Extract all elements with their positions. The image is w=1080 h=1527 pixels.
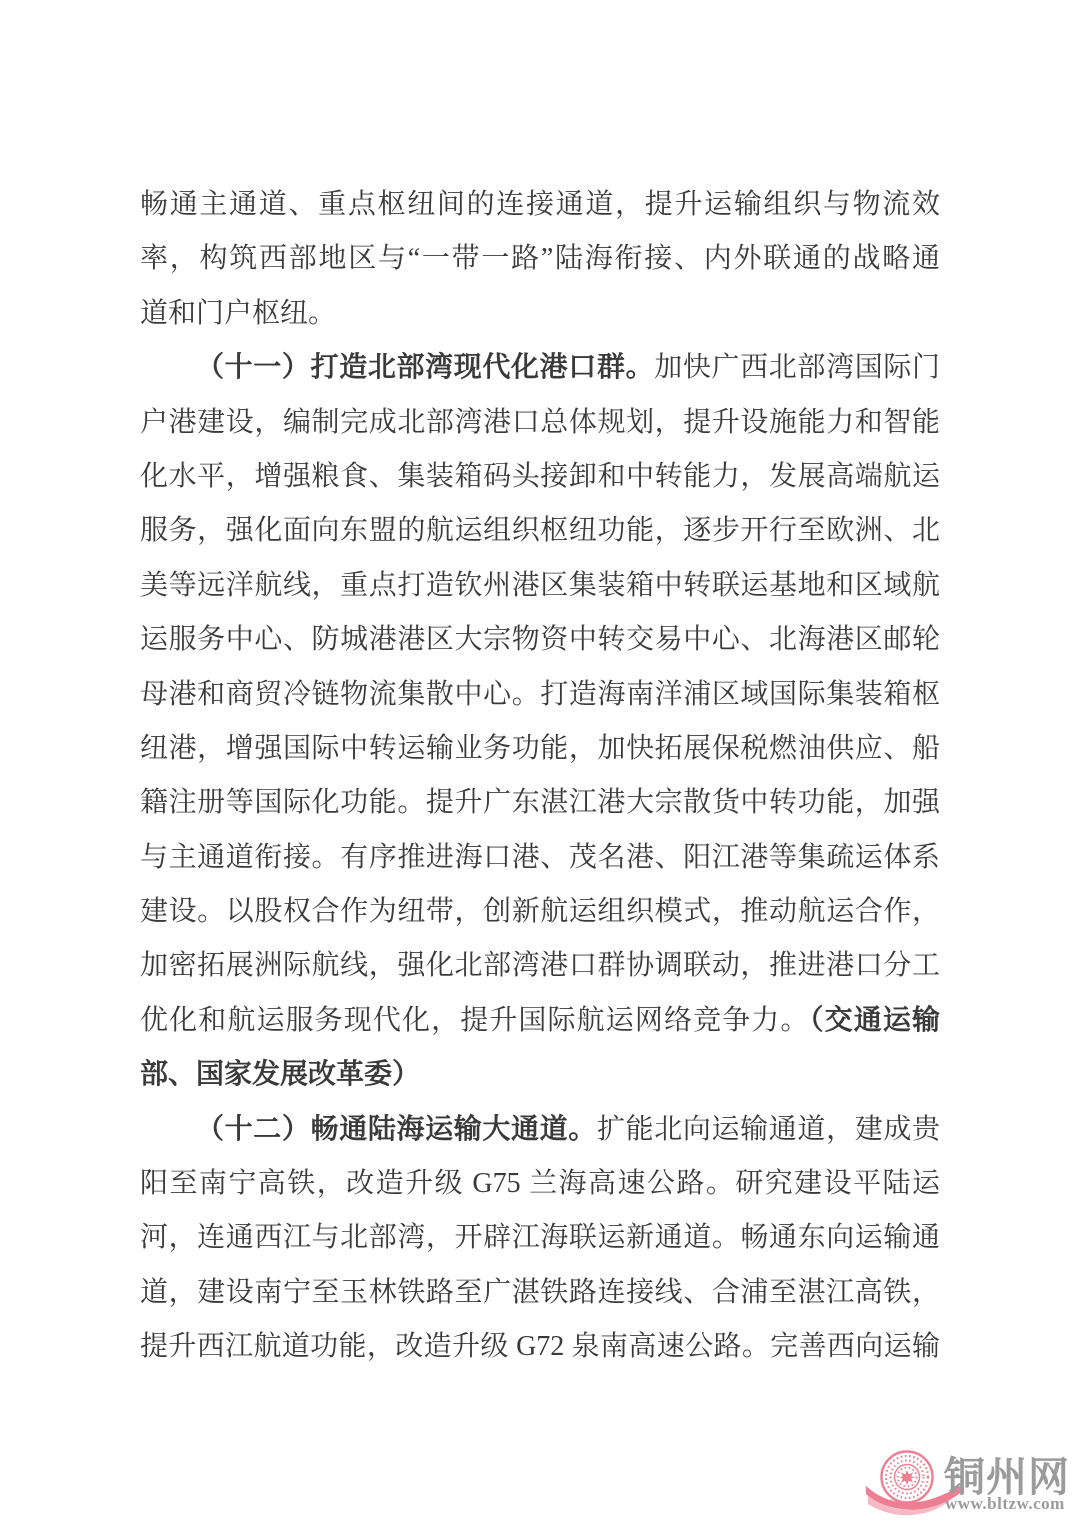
- text-segment: 扩能北向运输通道，建成贵: [597, 1114, 940, 1145]
- text-line: 畅通主通道、重点枢纽间的连接通道，提升运输组织与物流效: [140, 178, 940, 232]
- text-line: 率，构筑西部地区与“一带一路”陆海衔接、内外联通的战略通: [140, 232, 940, 286]
- text-segment: 率，构筑西部地区与“一带一路”陆海衔接、内外联通的战略通: [140, 243, 940, 274]
- text-segment: 道，建设南宁至玉林铁路至广湛铁路连接线、合浦至湛江高铁，: [140, 1277, 940, 1308]
- text-segment-bold: （十二）畅通陆海运输大通道。: [196, 1114, 597, 1145]
- text-segment: 道和门户枢纽。: [140, 298, 336, 329]
- text-segment: 纽港，增强国际中转运输业务功能，加快拓展保税燃油供应、船: [140, 733, 940, 764]
- text-segment: 户港建设，编制完成北部湾港口总体规划，提升设施能力和智能: [140, 407, 940, 438]
- text-line: 籍注册等国际化功能。提升广东湛江港大宗散货中转功能，加强: [140, 776, 940, 830]
- text-segment: 化水平，增强粮食、集装箱码头接卸和中转能力，发展高端航运: [140, 461, 940, 492]
- text-line: 美等远洋航线，重点打造钦州港区集装箱中转联运基地和区域航: [140, 559, 940, 613]
- text-line: （十二）畅通陆海运输大通道。扩能北向运输通道，建成贵: [140, 1103, 940, 1157]
- text-segment: 籍注册等国际化功能。提升广东湛江港大宗散货中转功能，加强: [140, 787, 940, 818]
- text-segment: 运服务中心、防城港港区大宗物资中转交易中心、北海港区邮轮: [140, 624, 940, 655]
- text-segment: 建设。以股权合作为纽带，创新航运组织模式，推动航运合作，: [140, 896, 940, 927]
- text-segment: 畅通主通道、重点枢纽间的连接通道，提升运输组织与物流效: [140, 189, 940, 220]
- text-line: 建设。以股权合作为纽带，创新航运组织模式，推动航运合作，: [140, 885, 940, 939]
- text-segment-bold: （十一）打造北部湾现代化港口群。: [196, 352, 654, 383]
- text-line: 运服务中心、防城港港区大宗物资中转交易中心、北海港区邮轮: [140, 613, 940, 667]
- text-line: 道和门户枢纽。: [140, 287, 940, 341]
- text-line: 母港和商贸冷链物流集散中心。打造海南洋浦区域国际集装箱枢: [140, 668, 940, 722]
- text-segment-bold: （交通运输: [810, 1005, 940, 1036]
- text-segment: 美等远洋航线，重点打造钦州港区集装箱中转联运基地和区域航: [140, 570, 940, 601]
- text-segment: 提升西江航道功能，改造升级 G72 泉南高速公路。完善西向运输: [140, 1331, 940, 1362]
- document-body: 畅通主通道、重点枢纽间的连接通道，提升运输组织与物流效率，构筑西部地区与“一带一…: [140, 178, 940, 1375]
- text-line: 道，建设南宁至玉林铁路至广湛铁路连接线、合浦至湛江高铁，: [140, 1266, 940, 1320]
- text-line: 优化和航运服务现代化，提升国际航运网络竞争力。（交通运输: [140, 994, 940, 1048]
- text-segment: 加快广西北部湾国际门: [654, 352, 940, 383]
- text-line: 化水平，增强粮食、集装箱码头接卸和中转能力，发展高端航运: [140, 450, 940, 504]
- text-line: 纽港，增强国际中转运输业务功能，加快拓展保税燃油供应、船: [140, 722, 940, 776]
- text-line: 阳至南宁高铁，改造升级 G75 兰海高速公路。研究建设平陆运: [140, 1157, 940, 1211]
- watermark: 铜州网 www.bltzw.com: [866, 1428, 1072, 1522]
- text-segment: 加密拓展洲际航线，强化北部湾港口群协调联动，推进港口分工: [140, 950, 940, 981]
- text-segment-bold: 部、国家发展改革委）: [140, 1059, 420, 1090]
- text-segment: 河，连通西江与北部湾，开辟江海联运新通道。畅通东向运输通: [140, 1222, 940, 1253]
- watermark-site-url: www.bltzw.com: [945, 1494, 1065, 1514]
- text-line: 提升西江航道功能，改造升级 G72 泉南高速公路。完善西向运输: [140, 1320, 940, 1374]
- text-line: 部、国家发展改革委）: [140, 1048, 940, 1102]
- text-line: 户港建设，编制完成北部湾港口总体规划，提升设施能力和智能: [140, 396, 940, 450]
- text-line: 服务，强化面向东盟的航运组织枢纽功能，逐步开行至欧洲、北: [140, 504, 940, 558]
- text-segment: 服务，强化面向东盟的航运组织枢纽功能，逐步开行至欧洲、北: [140, 515, 940, 546]
- text-line: 加密拓展洲际航线，强化北部湾港口群协调联动，推进港口分工: [140, 939, 940, 993]
- text-line: （十一）打造北部湾现代化港口群。加快广西北部湾国际门: [140, 341, 940, 395]
- text-segment: 母港和商贸冷链物流集散中心。打造海南洋浦区域国际集装箱枢: [140, 679, 940, 710]
- text-line: 河，连通西江与北部湾，开辟江海联运新通道。畅通东向运输通: [140, 1211, 940, 1265]
- text-segment: 阳至南宁高铁，改造升级 G75 兰海高速公路。研究建设平陆运: [140, 1168, 940, 1199]
- text-line: 与主通道衔接。有序推进海口港、茂名港、阳江港等集疏运体系: [140, 831, 940, 885]
- document-page: 畅通主通道、重点枢纽间的连接通道，提升运输组织与物流效率，构筑西部地区与“一带一…: [0, 0, 1080, 1527]
- text-segment: 与主通道衔接。有序推进海口港、茂名港、阳江港等集疏运体系: [140, 842, 940, 873]
- text-segment: 优化和航运服务现代化，提升国际航运网络竞争力。: [140, 1005, 810, 1036]
